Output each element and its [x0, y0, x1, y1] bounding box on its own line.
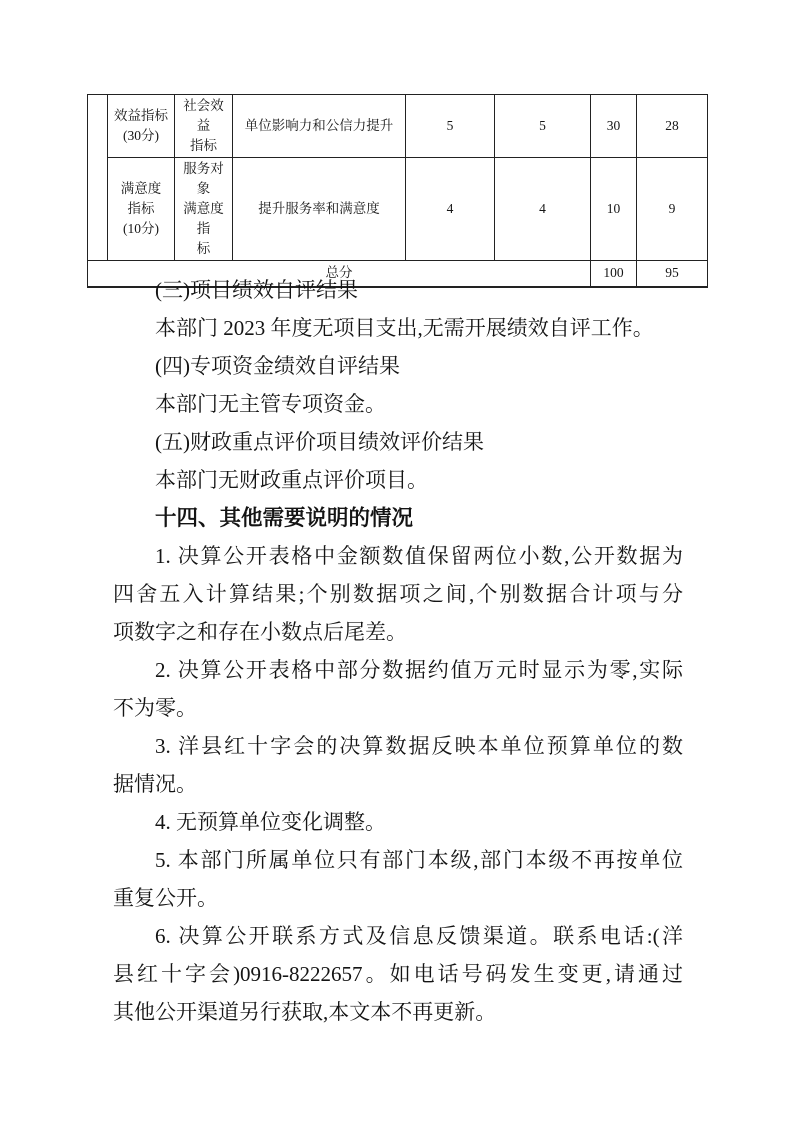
paragraph-line: 据情况。: [113, 765, 683, 803]
satisfaction-indicator-row: 满意度 指标 (10分) 服务对象 满意度指 标 提升服务率和满意度 4 4 1…: [88, 158, 708, 261]
paragraph-line: 四舍五入计算结果;个别数据项之间,个别数据合计项与分: [113, 575, 683, 613]
chapter-heading-14: 十四、其他需要说明的情况: [113, 499, 683, 537]
benefit-indicator-row: 效益指标 (30分) 社会效益 指标 单位影响力和公信力提升 5 5 30 28: [88, 95, 708, 158]
table-cell-value: 4: [406, 158, 495, 261]
paragraph-line: 不为零。: [113, 689, 683, 727]
paragraph-line: 2. 决算公开表格中部分数据约值万元时显示为零,实际: [113, 651, 683, 689]
paragraph-note-4: 4. 无预算单位变化调整。: [113, 803, 683, 841]
table-cell-subcategory: 服务对象 满意度指 标: [175, 158, 233, 261]
paragraph-line: 4. 无预算单位变化调整。: [113, 803, 683, 841]
paragraph-line: 本部门 2023 年度无项目支出,无需开展绩效自评工作。: [113, 309, 683, 347]
table-cell-indicator: 单位影响力和公信力提升: [233, 95, 406, 158]
paragraph-line: 重复公开。: [113, 879, 683, 917]
paragraph: 本部门无主管专项资金。: [113, 385, 683, 423]
paragraph-line: 项数字之和存在小数点后尾差。: [113, 613, 683, 651]
section-heading-4: (四)专项资金绩效自评结果: [113, 347, 683, 385]
paragraph: 本部门 2023 年度无项目支出,无需开展绩效自评工作。: [113, 309, 683, 347]
paragraph-note-2: 2. 决算公开表格中部分数据约值万元时显示为零,实际 不为零。: [113, 651, 683, 727]
paragraph-note-1: 1. 决算公开表格中金额数值保留两位小数,公开数据为 四舍五入计算结果;个别数据…: [113, 537, 683, 651]
paragraph-line: 5. 本部门所属单位只有部门本级,部门本级不再按单位: [113, 841, 683, 879]
table-cell-value: 10: [591, 158, 637, 261]
paragraph-line: 本部门无财政重点评价项目。: [113, 461, 683, 499]
table-cell-subcategory: 社会效益 指标: [175, 95, 233, 158]
performance-score-table: 效益指标 (30分) 社会效益 指标 单位影响力和公信力提升 5 5 30 28…: [87, 94, 708, 288]
paragraph: 本部门无财政重点评价项目。: [113, 461, 683, 499]
table-cell-value: 5: [406, 95, 495, 158]
paragraph-line: 1. 决算公开表格中金额数值保留两位小数,公开数据为: [113, 537, 683, 575]
table-cell-indicator: 提升服务率和满意度: [233, 158, 406, 261]
paragraph-line: 6. 决算公开联系方式及信息反馈渠道。联系电话:(洋: [113, 917, 683, 955]
table-cell-value: 4: [495, 158, 591, 261]
table-cell-category: 效益指标 (30分): [108, 95, 175, 158]
paragraph-line: 其他公开渠道另行获取,本文本不再更新。: [113, 993, 683, 1031]
table-cell-value: 28: [637, 95, 708, 158]
paragraph-note-3: 3. 洋县红十字会的决算数据反映本单位预算单位的数 据情况。: [113, 727, 683, 803]
table-cell-category: 满意度 指标 (10分): [108, 158, 175, 261]
paragraph-line: 3. 洋县红十字会的决算数据反映本单位预算单位的数: [113, 727, 683, 765]
table-cell-value: 9: [637, 158, 708, 261]
document-page: 效益指标 (30分) 社会效益 指标 单位影响力和公信力提升 5 5 30 28…: [0, 0, 793, 1122]
paragraph-note-6: 6. 决算公开联系方式及信息反馈渠道。联系电话:(洋 县红十字会)0916-82…: [113, 917, 683, 1031]
paragraph-line: 县红十字会)0916-8222657。如电话号码发生变更,请通过: [113, 955, 683, 993]
paragraph-note-5: 5. 本部门所属单位只有部门本级,部门本级不再按单位 重复公开。: [113, 841, 683, 917]
table-cell-value: 30: [591, 95, 637, 158]
paragraph-line: 本部门无主管专项资金。: [113, 385, 683, 423]
table-cell-value: 5: [495, 95, 591, 158]
table-cell-group-empty: [88, 95, 108, 261]
section-heading-5: (五)财政重点评价项目绩效评价结果: [113, 423, 683, 461]
section-heading-3: (三)项目绩效自评结果: [113, 271, 683, 309]
document-body: (三)项目绩效自评结果 本部门 2023 年度无项目支出,无需开展绩效自评工作。…: [113, 271, 683, 1031]
